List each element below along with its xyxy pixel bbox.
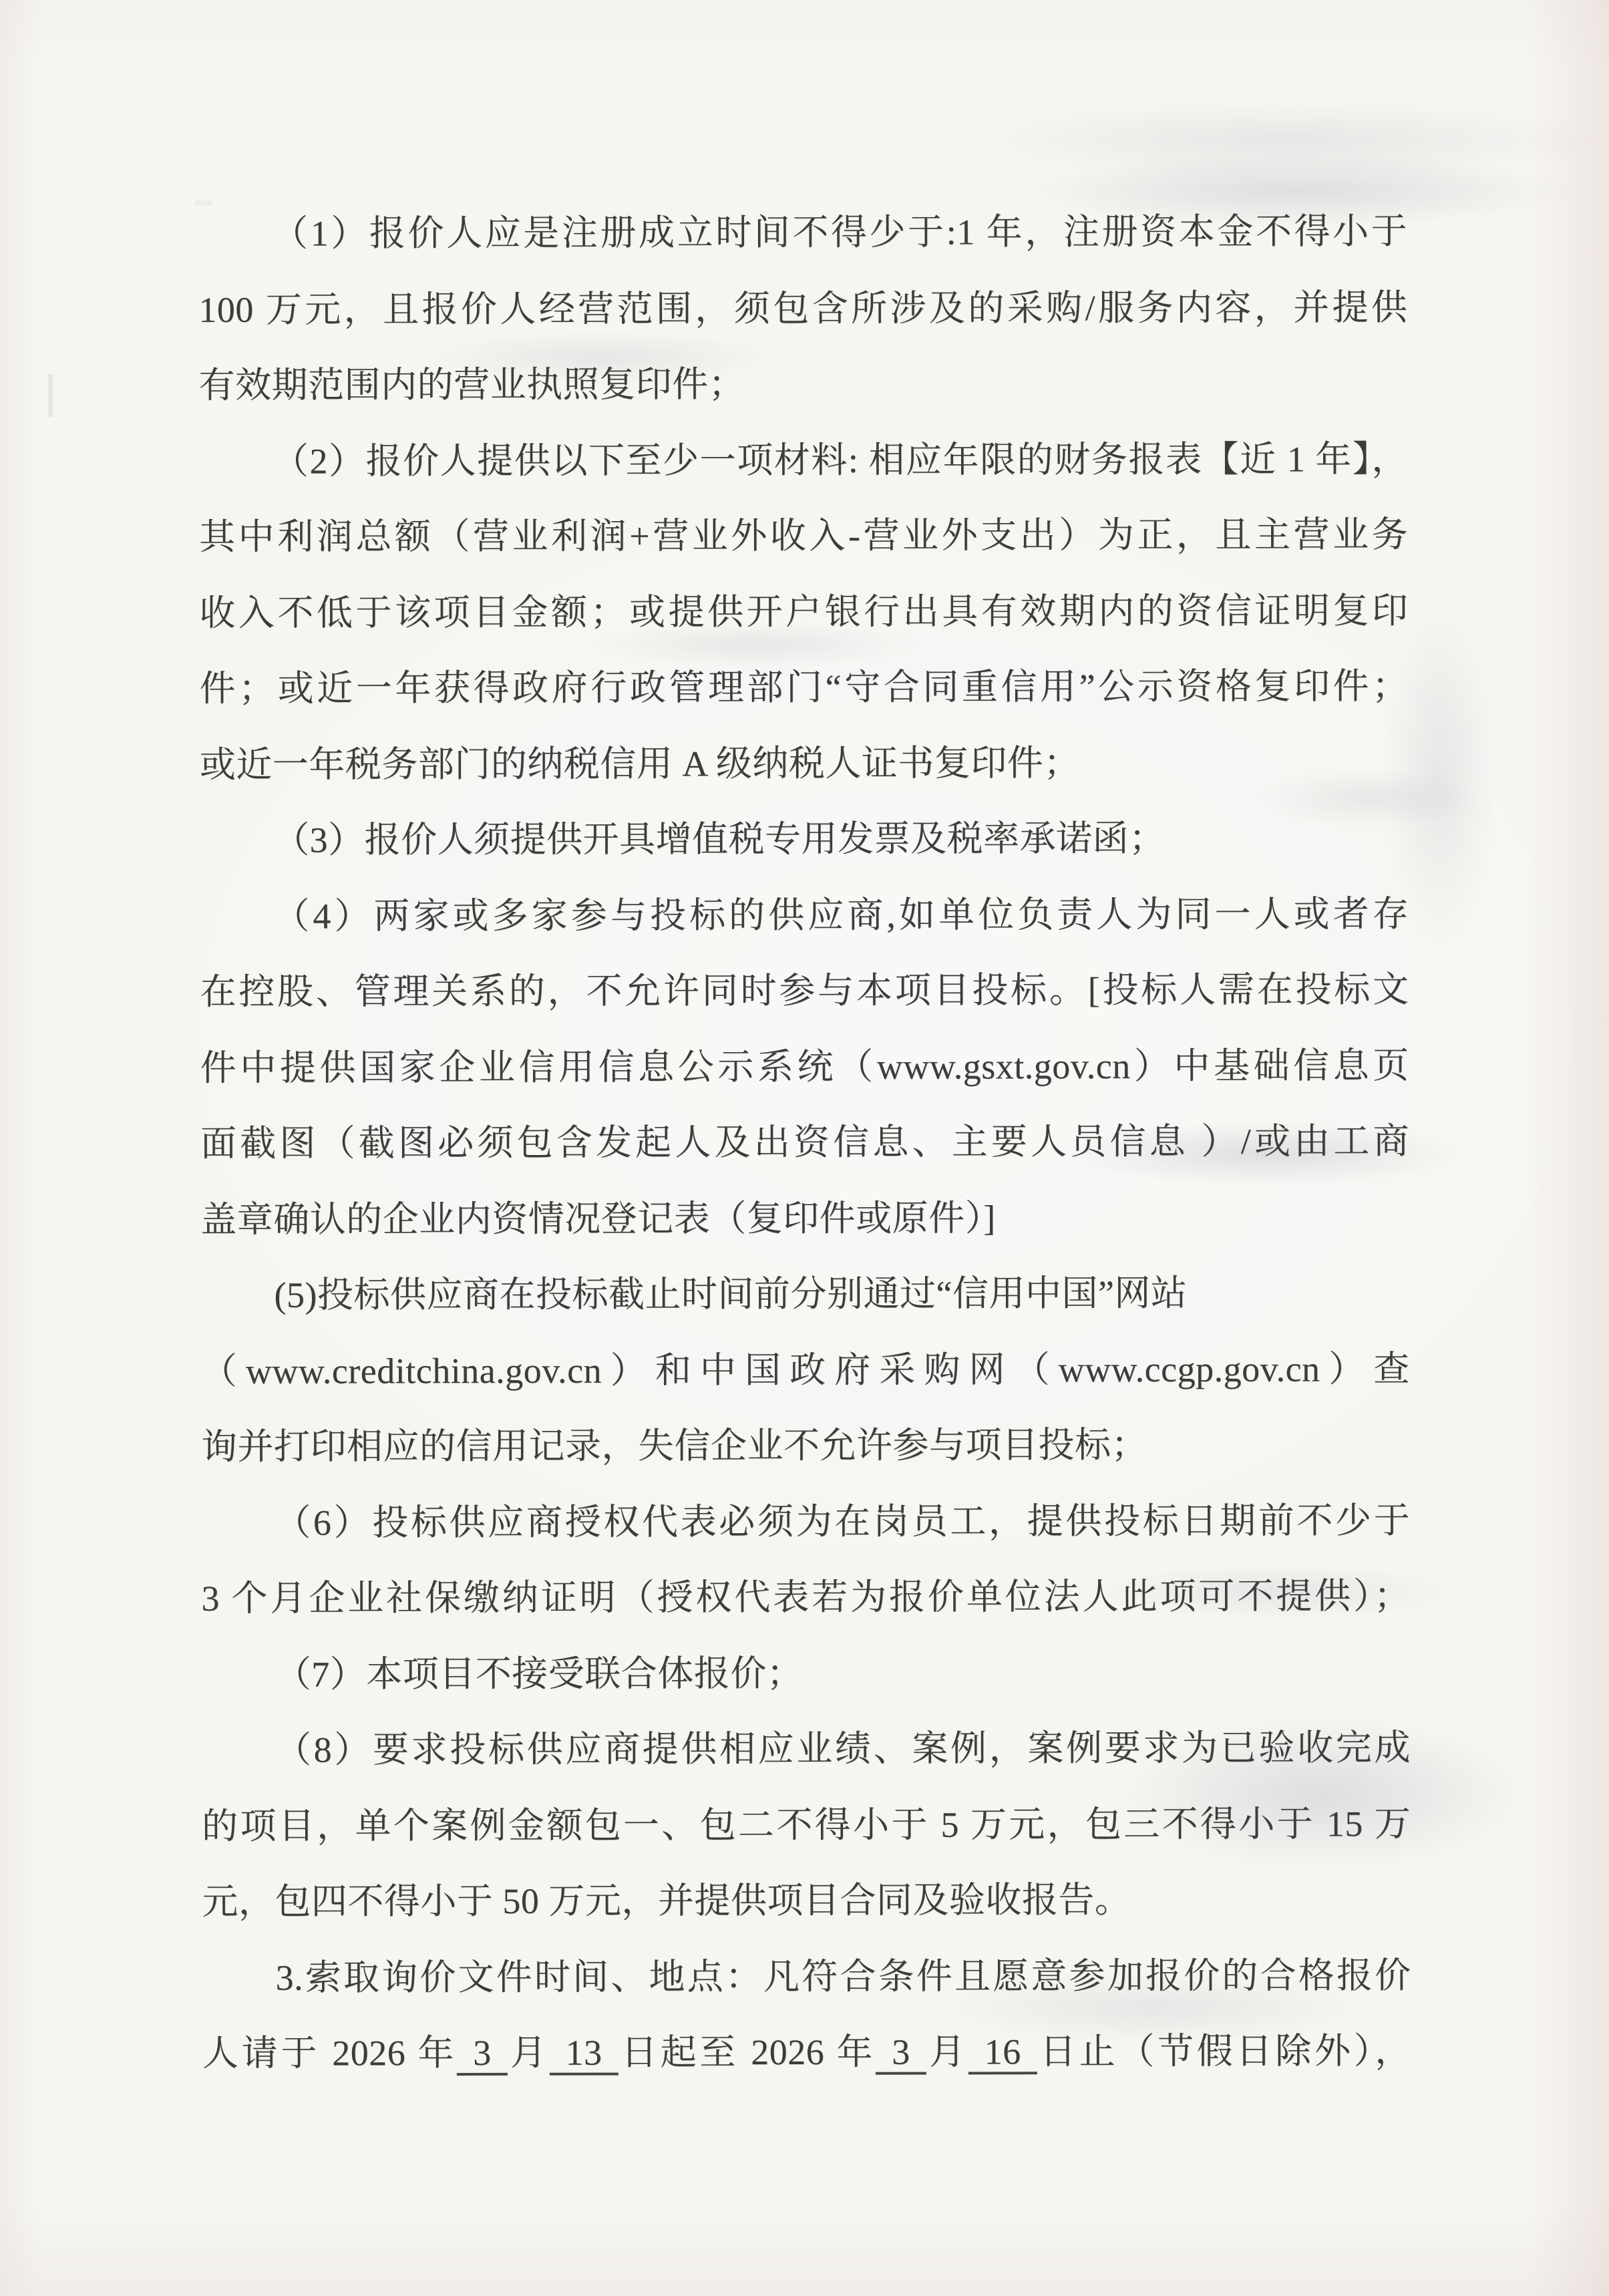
- text-line: （3）报价人须提供开具增值税专用发票及税率承诺函；: [200, 800, 1409, 878]
- text-run: 人请于 2026 年: [202, 2033, 457, 2074]
- text-line: 其中利润总额（营业利润+营业外收入-营业外支出）为正，且主营业务: [199, 497, 1408, 575]
- text-line: 3 个月企业社保缴纳证明（授权代表若为报价单位法人此项可不提供）；: [201, 1559, 1410, 1637]
- text-line: 收入不低于该项目金额；或提供开户银行出具有效期内的资信证明复印: [199, 573, 1408, 651]
- text-line: 人请于 2026 年3月13日起至 2026 年3月16日止（节假日除外），: [202, 2013, 1411, 2092]
- text-line: (5)投标供应商在投标截止时间前分别通过“信用中国”网站: [200, 1255, 1409, 1333]
- text-line: 的项目，单个案例金额包一、包二不得小于 5 万元，包三不得小于 15 万: [202, 1786, 1411, 1864]
- text-run: 月: [926, 2031, 968, 2072]
- text-line: （www.creditchina.gov.cn）和中国政府采购网（www.ccg…: [201, 1331, 1410, 1410]
- text-line: 有效期范围内的营业执照复印件；: [199, 345, 1408, 424]
- text-line: 盖章确认的企业内资情况登记表（复印件或原件）]: [200, 1180, 1409, 1258]
- text-line: 元，包四不得小于 50 万元，并提供项目合同及验收报告。: [202, 1862, 1411, 1940]
- text-line: 询并打印相应的信用记录，失信企业不允许参与项目投标；: [201, 1407, 1410, 1485]
- date-blank-underlined: 13: [550, 2033, 618, 2076]
- text-line: 100 万元，且报价人经营范围，须包含所涉及的采购/服务内容，并提供: [198, 270, 1407, 348]
- text-line: （8）要求投标供应商提供相应业绩、案例，案例要求为已验收完成: [202, 1710, 1411, 1788]
- text-line: 件；或近一年获得政府行政管理部门“守合同重信用”公示资格复印件；: [199, 649, 1408, 727]
- date-blank-underlined: 16: [968, 2031, 1037, 2074]
- text-line: （2）报价人提供以下至少一项材料: 相应年限的财务报表【近 1 年】，: [199, 422, 1408, 500]
- text-run: 日起至 2026 年: [618, 2032, 876, 2073]
- text-run: 月: [508, 2033, 550, 2073]
- bleed-through-smudge: [968, 100, 1603, 180]
- text-line: （1）报价人应是注册成立时间不得少于:1 年，注册资本金不得小于: [198, 194, 1407, 272]
- text-line: 在控股、管理关系的，不允许同时参与本项目投标。[投标人需在投标文: [200, 952, 1409, 1030]
- text-run: 日止（节假日除外），: [1037, 2031, 1411, 2072]
- date-blank-underlined: 3: [457, 2033, 508, 2076]
- text-line: 面截图（截图必须包含发起人及出资信息、主要人员信息 ）/或由工商: [200, 1104, 1409, 1182]
- text-line: （6）投标供应商授权代表必须为在岗员工，提供投标日期前不少于: [201, 1483, 1410, 1561]
- date-blank-underlined: 3: [876, 2032, 926, 2075]
- text-line: 件中提供国家企业信用信息公示系统（www.gsxt.gov.cn）中基础信息页: [200, 1028, 1409, 1106]
- text-line: 3.索取询价文件时间、地点：凡符合条件且愿意参加报价的合格报价: [202, 1938, 1411, 2016]
- text-line: （4）两家或多家参与投标的供应商,如单位负责人为同一人或者存: [200, 876, 1409, 955]
- scan-speck: [48, 374, 53, 417]
- document-lines: （1）报价人应是注册成立时间不得少于:1 年，注册资本金不得小于100 万元，且…: [198, 194, 1411, 2092]
- text-line: （7）本项目不接受联合体报价；: [202, 1635, 1411, 1713]
- text-line: 或近一年税务部门的纳税信用 A 级纳税人证书复印件；: [200, 725, 1409, 803]
